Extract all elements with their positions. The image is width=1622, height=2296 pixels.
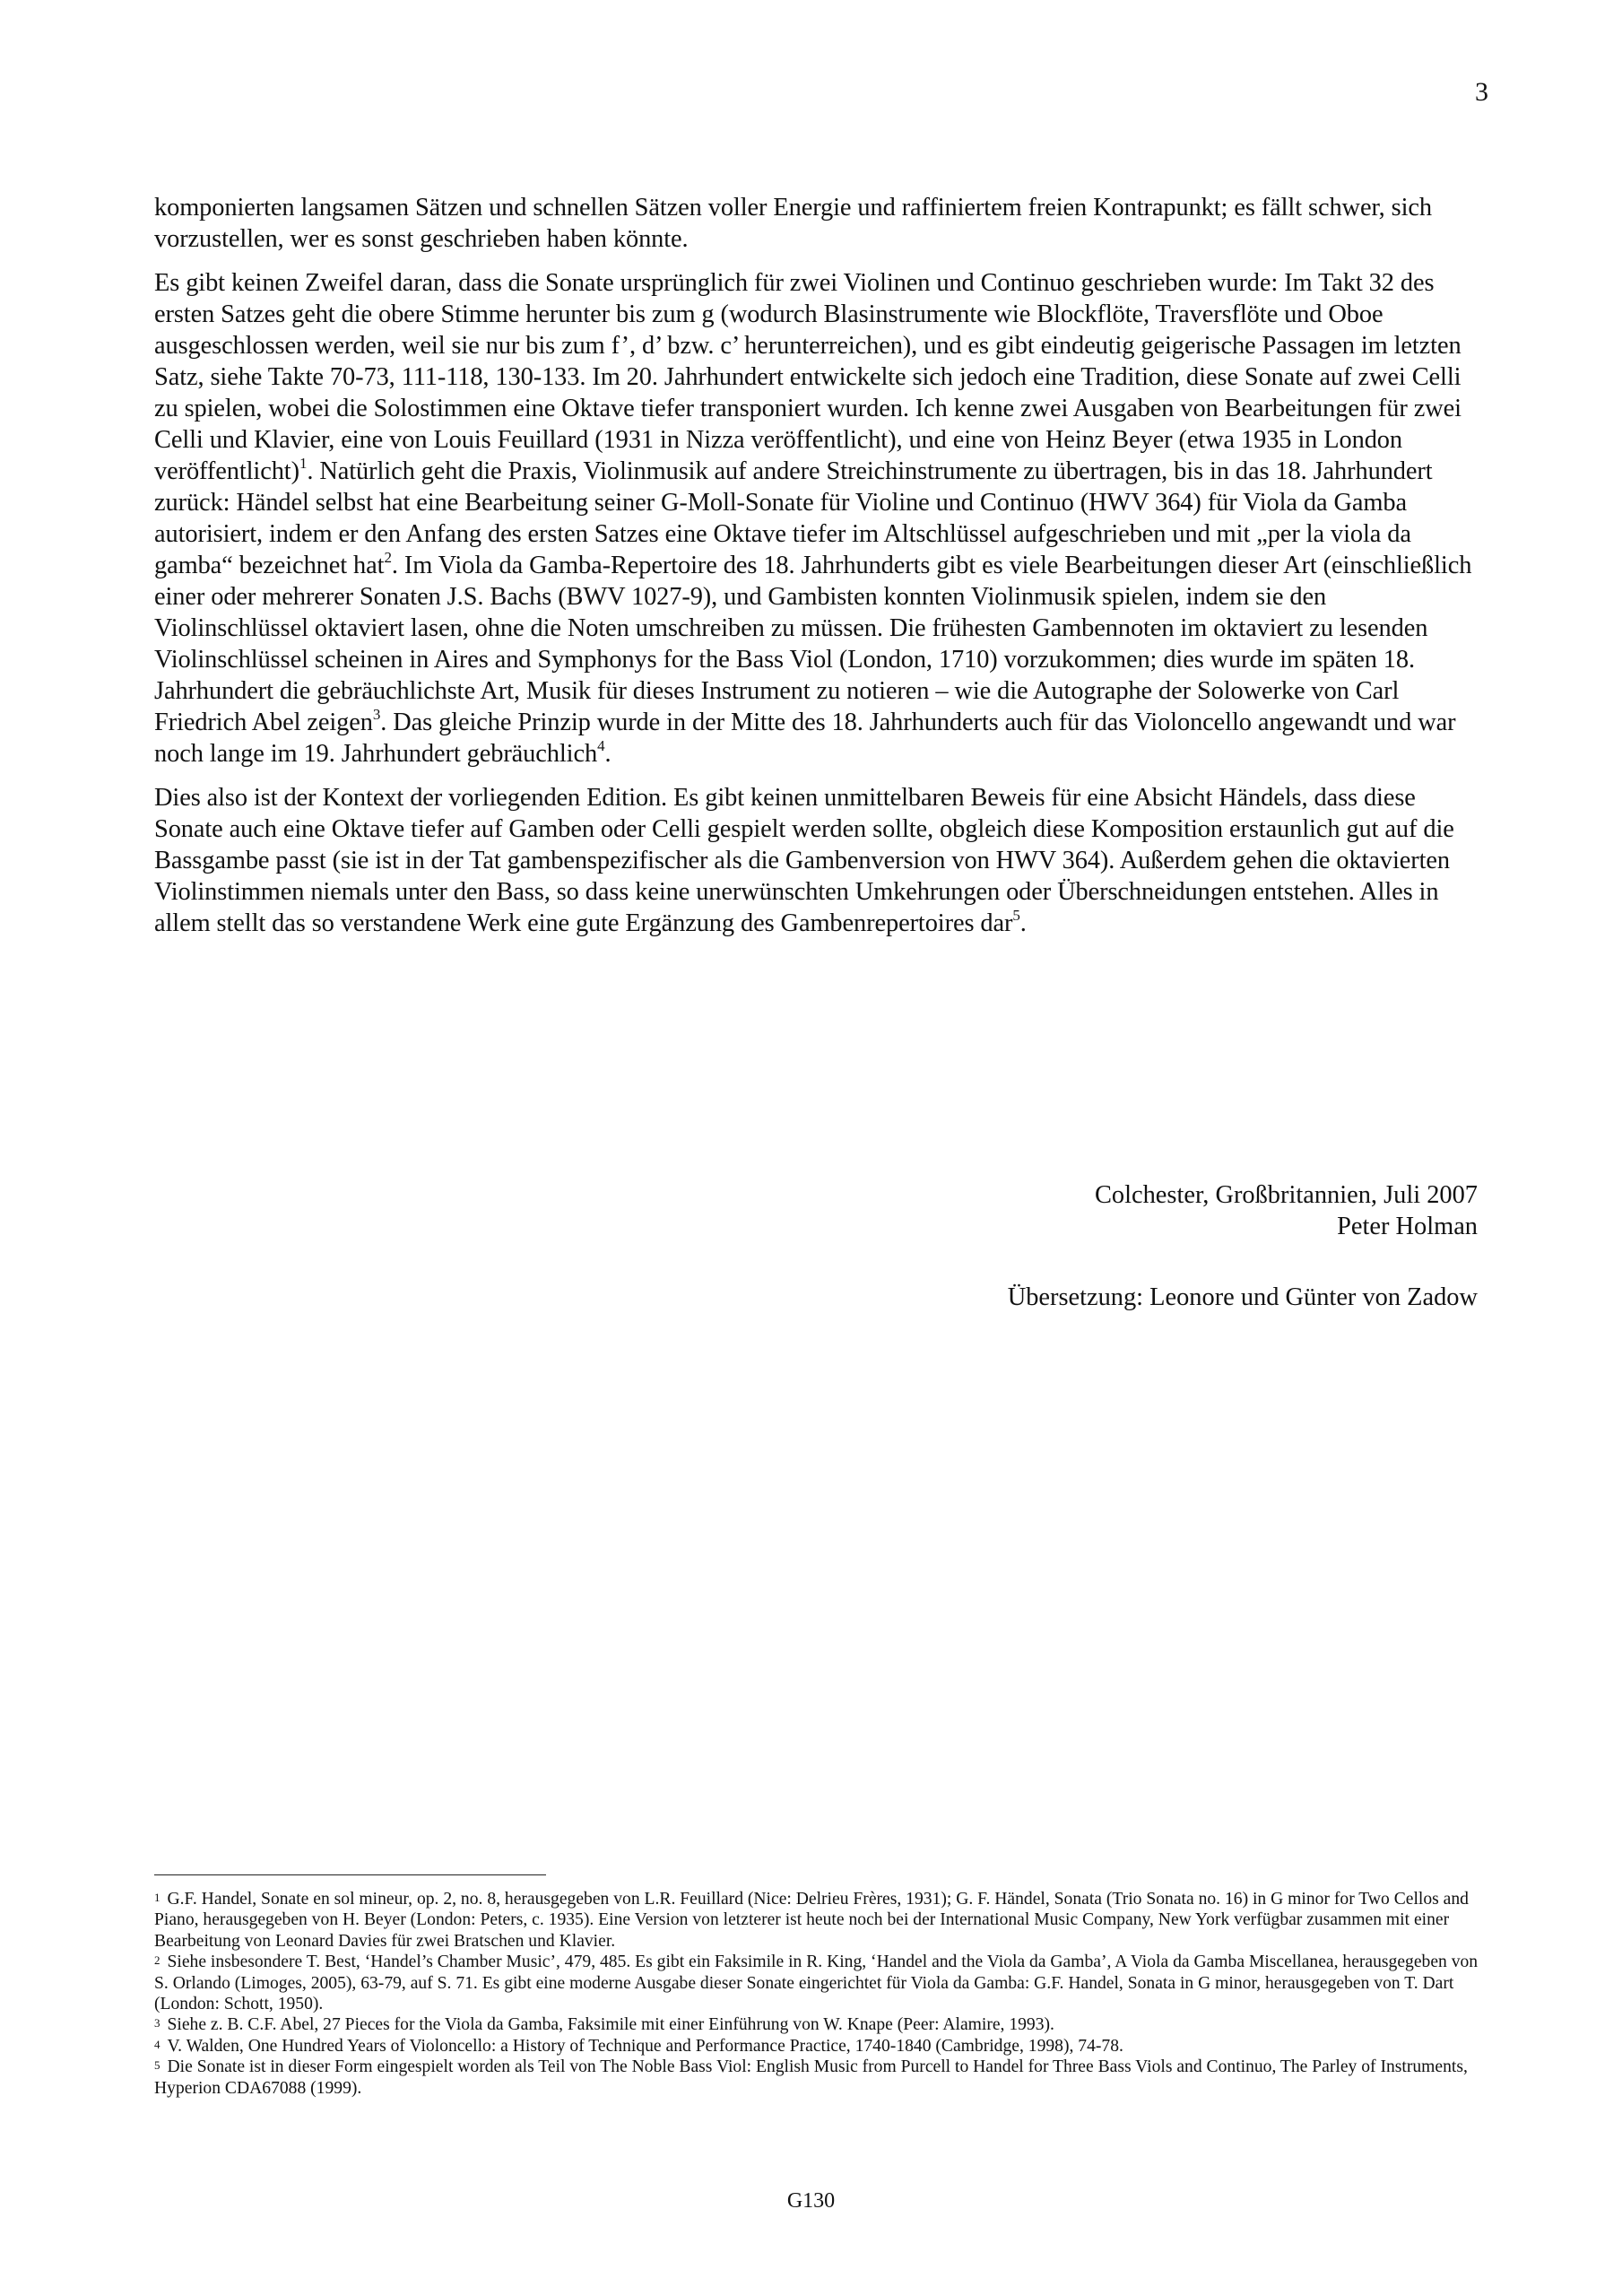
footnote-number: 1 (154, 1891, 160, 1904)
footnote-ref-4[interactable]: 4 (597, 737, 604, 754)
paragraph-text: Es gibt keinen Zweifel daran, dass die S… (154, 269, 1462, 485)
footnote-text: Siehe z. B. C.F. Abel, 27 Pieces for the… (168, 2015, 1054, 2034)
footnote-text: Siehe insbesondere T. Best, ‘Handel’s Ch… (154, 1952, 1478, 2013)
footnote-number: 4 (154, 2038, 160, 2051)
footnote-text: Die Sonate ist in dieser Form eingespiel… (154, 2057, 1468, 2097)
paragraph-text: Dies also ist der Kontext der vorliegend… (154, 784, 1454, 937)
footnote-5: 5Die Sonate ist in dieser Form eingespie… (154, 2057, 1481, 2099)
footnote-text: V. Walden, One Hundred Years of Violonce… (168, 2037, 1123, 2056)
paragraph-1: komponierten langsamen Sätzen und schnel… (154, 192, 1481, 255)
signature-place-date: Colchester, Großbritannien, Juli 2007 (897, 1179, 1478, 1211)
page-number: 3 (1444, 77, 1488, 108)
paragraph-3: Dies also ist der Kontext der vorliegend… (154, 782, 1481, 939)
footnote-2: 2Siehe insbesondere T. Best, ‘Handel’s C… (154, 1952, 1481, 2014)
main-text: komponierten langsamen Sätzen und schnel… (154, 192, 1481, 952)
footnote-number: 2 (154, 1953, 160, 1967)
paragraph-text: komponierten langsamen Sätzen und schnel… (154, 194, 1432, 253)
footnote-3: 3Siehe z. B. C.F. Abel, 27 Pieces for th… (154, 2014, 1481, 2035)
paragraph-text: . (604, 740, 611, 768)
paragraph-text: . (1020, 909, 1027, 937)
footnote-separator (154, 1874, 546, 1875)
footnote-ref-2[interactable]: 2 (384, 549, 391, 566)
signature-author: Peter Holman (897, 1211, 1478, 1242)
footnote-ref-1[interactable]: 1 (299, 455, 307, 472)
footnotes: 1G.F. Handel, Sonate en sol mineur, op. … (154, 1889, 1481, 2099)
page-footer-code: G130 (0, 2188, 1622, 2213)
footnote-ref-5[interactable]: 5 (1012, 907, 1019, 924)
translator-credit: Übersetzung: Leonore und Günter von Zado… (897, 1282, 1478, 1313)
footnote-1: 1G.F. Handel, Sonate en sol mineur, op. … (154, 1889, 1481, 1952)
footnote-number: 5 (154, 2058, 160, 2072)
footnote-ref-3[interactable]: 3 (373, 706, 380, 723)
footnote-4: 4V. Walden, One Hundred Years of Violonc… (154, 2036, 1481, 2057)
paragraph-2: Es gibt keinen Zweifel daran, dass die S… (154, 267, 1481, 770)
footnote-number: 3 (154, 2016, 160, 2030)
footnote-text: G.F. Handel, Sonate en sol mineur, op. 2… (154, 1890, 1469, 1951)
